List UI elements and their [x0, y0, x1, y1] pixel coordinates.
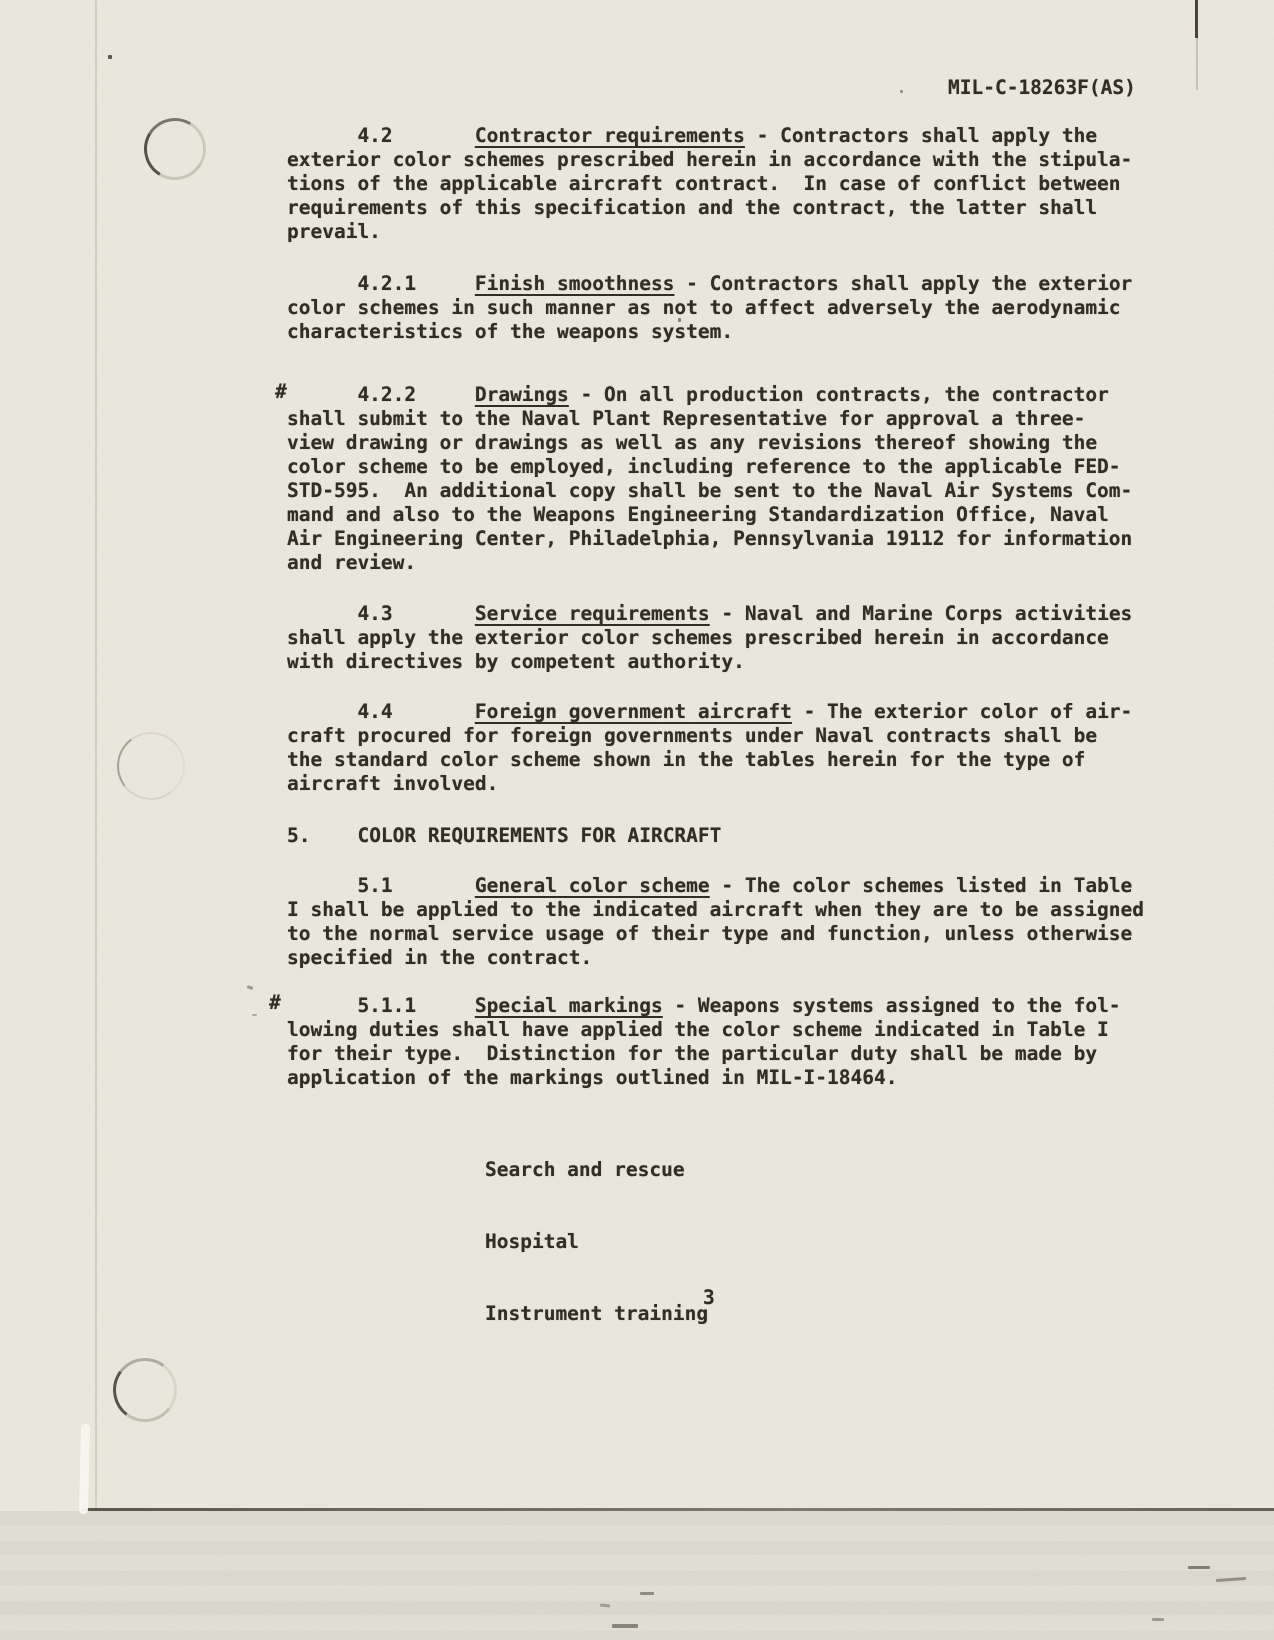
section-5-heading: 5. COLOR REQUIREMENTS FOR AIRCRAFT	[287, 824, 1207, 848]
section-title-text: COLOR REQUIREMENTS FOR AIRCRAFT	[357, 824, 721, 847]
scan-corner-mark	[1195, 0, 1198, 38]
paragraph-4-2-1: 4.2.1 Finish smoothness - Contractors sh…	[287, 272, 1207, 344]
change-mark: #	[275, 380, 287, 404]
paragraph-4-2-2: # 4.2.2 Drawings - On all production con…	[287, 383, 1207, 575]
scan-speck	[247, 985, 254, 990]
paragraph-title: Drawings	[475, 383, 569, 406]
page-edge-shadow-line	[82, 1508, 1274, 1511]
hole-punch-top	[137, 111, 212, 186]
section-number: 5.	[287, 824, 357, 847]
paragraph-title: Finish smoothness	[475, 272, 675, 295]
paragraph-lead: 4.4	[287, 700, 475, 723]
paragraph-lead: 5.1.1	[287, 994, 475, 1017]
paragraph-4-2: 4.2 Contractor requirements - Contractor…	[287, 124, 1207, 244]
scan-speck	[108, 55, 112, 59]
scan-speck	[612, 1624, 638, 1628]
paragraph-lead: 5.1	[287, 874, 475, 897]
paragraph-lead: 4.2.2	[287, 383, 475, 406]
hole-punch-middle	[113, 728, 190, 805]
doc-number: MIL-C-18263F(AS)	[948, 76, 1136, 100]
scan-speck	[640, 1592, 654, 1595]
paragraph-5-1: 5.1 General color scheme - The color sch…	[287, 874, 1207, 970]
paragraph-body: - On all production contracts, the contr…	[287, 383, 1132, 574]
change-mark: #	[269, 991, 281, 1015]
paper-crease-line	[95, 0, 97, 1511]
paper-grain-overlay	[0, 0, 1274, 1640]
scan-speck	[1152, 1618, 1164, 1621]
scan-speck	[1188, 1566, 1210, 1569]
duty-item: Hospital	[485, 1230, 708, 1254]
paragraph-4-4: 4.4 Foreign government aircraft - The ex…	[287, 700, 1207, 796]
hole-punch-bottom	[109, 1354, 181, 1426]
scan-speck	[900, 90, 903, 93]
scan-background-strip	[0, 1511, 1274, 1640]
paragraph-title: Service requirements	[475, 602, 710, 625]
paragraph-lead: 4.2.1	[287, 272, 475, 295]
page-edge-highlight	[79, 1424, 90, 1514]
paragraph-4-3: 4.3 Service requirements - Naval and Mar…	[287, 602, 1207, 674]
duty-item: Search and rescue	[485, 1158, 708, 1182]
scanned-document-page: MIL-C-18263F(AS) 4.2 Contractor requirem…	[0, 0, 1274, 1640]
page-number: 3	[703, 1286, 715, 1310]
duty-item: Instrument training	[485, 1302, 708, 1326]
paragraph-5-1-1: # 5.1.1 Special markings - Weapons syste…	[287, 994, 1207, 1090]
paragraph-title: Contractor requirements	[475, 124, 745, 147]
paragraph-title: General color scheme	[475, 874, 710, 897]
scan-corner-mark-faint	[1196, 38, 1198, 90]
scan-speck	[252, 1014, 257, 1016]
paragraph-lead: 4.2	[287, 124, 475, 147]
special-duties-list: Search and rescue Hospital Instrument tr…	[485, 1110, 708, 1374]
paragraph-title: Foreign government aircraft	[475, 700, 792, 723]
paragraph-title: Special markings	[475, 994, 663, 1017]
paragraph-lead: 4.3	[287, 602, 475, 625]
